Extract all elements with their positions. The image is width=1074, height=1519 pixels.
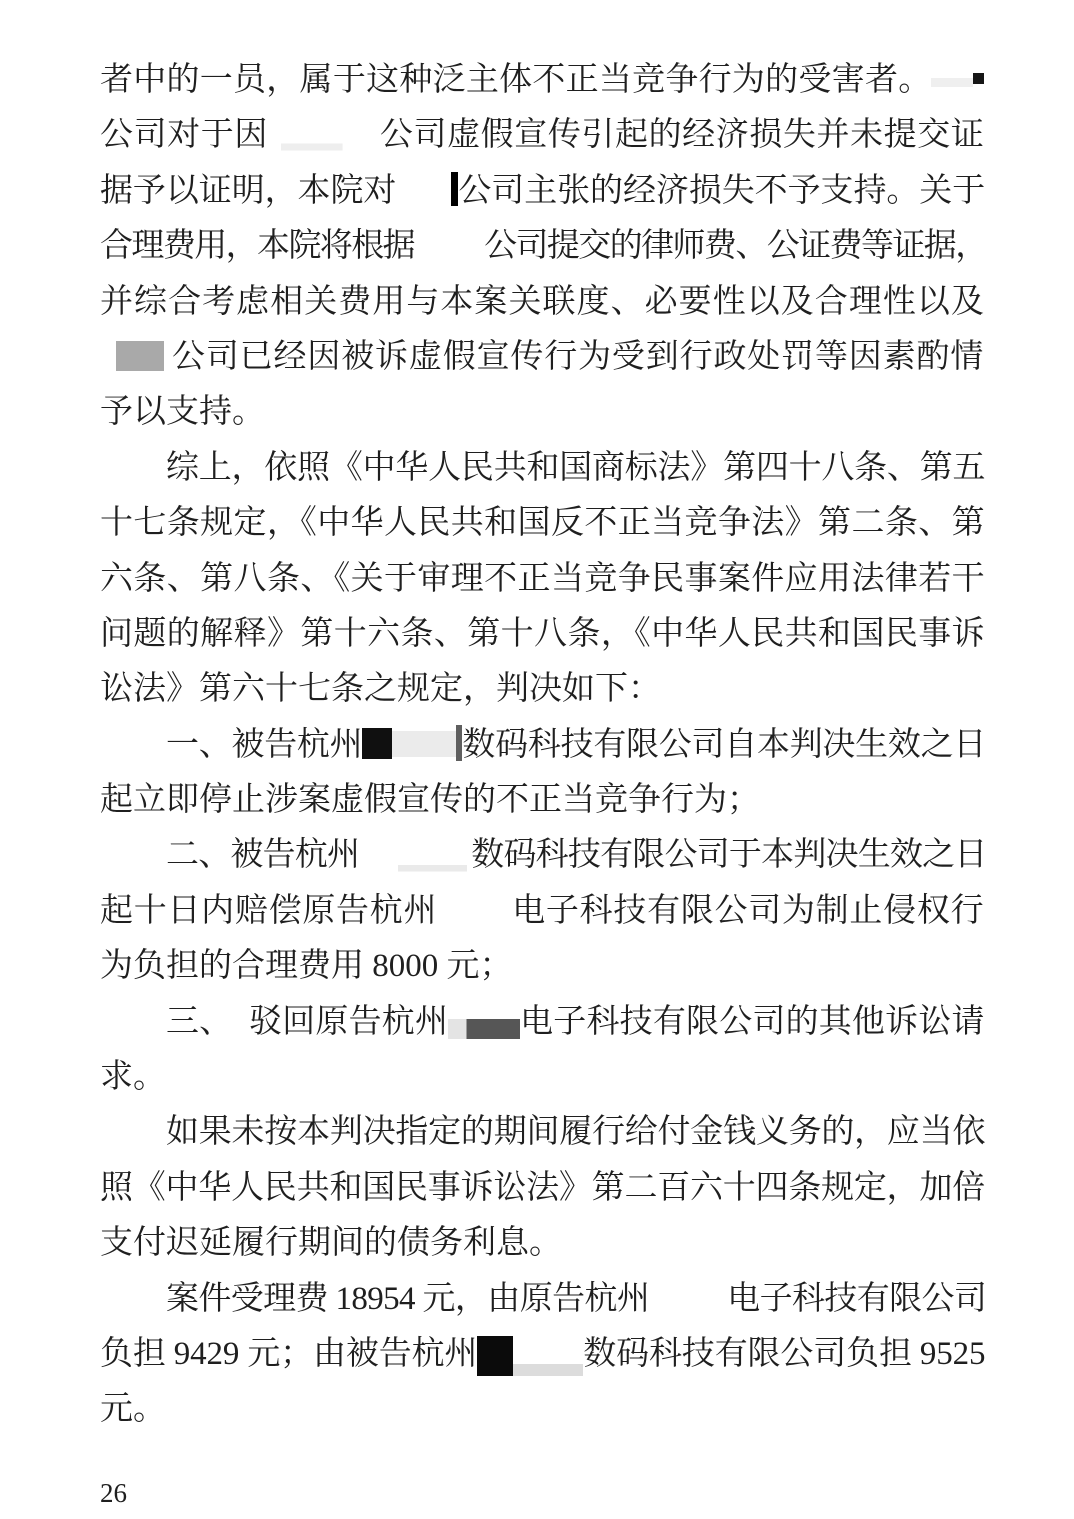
redaction-blank-gap (414, 254, 484, 256)
redaction-blank-gap (268, 119, 380, 153)
line-17-text: 为负担的合理费用 8000 元； (100, 948, 513, 984)
redaction-blank-gap (359, 839, 471, 873)
line-15-text-a: 二、被告杭州 (166, 837, 359, 873)
paragraph-indent (100, 476, 166, 478)
line-01-text: 者中的一员，属于这种泛主体不正当竞争行为的受害者。 (100, 62, 931, 98)
line-08: 综上，依照《中华人民共和国商标法》第四十八条、第五 (100, 441, 985, 496)
line-13-text-b: 数码科技有限公司自本判决生效之日 (462, 727, 986, 763)
line-10-text: 六条、第八条、《关于审理不正当竞争民事案件应用法律若干 (100, 561, 985, 597)
line-17: 为负担的合理费用 8000 元； (100, 939, 985, 994)
line-06-text: 公司已经因被诉虚假宣传行为受到行政处罚等因素酌情 (172, 339, 984, 375)
scanned-judgment-page: 者中的一员，属于这种泛主体不正当竞争行为的受害者。 公司对于因公司虚假宣传引起的… (0, 0, 1074, 1519)
line-04-text-b: 公司提交的律师费、公证费等证据， (484, 228, 987, 264)
paragraph-indent (100, 753, 166, 755)
line-09: 十七条规定，《中华人民共和国反不正当竞争法》第二条、第 (100, 496, 985, 551)
paragraph-indent (100, 1307, 166, 1309)
redaction-blank-gap (649, 1307, 727, 1309)
line-20-text: 如果未按本判决指定的期间履行给付金钱义务的，应当依 (166, 1114, 985, 1150)
redaction-black-box (477, 1336, 513, 1376)
line-11-text: 问题的解释》第十六条、第十八条，《中华人民共和国民事诉 (100, 616, 985, 652)
paragraph-indent (100, 863, 166, 865)
redaction-black-box (362, 728, 392, 759)
line-02: 公司对于因公司虚假宣传引起的经济损失并未提交证 (100, 108, 985, 163)
line-08-text: 综上，依照《中华人民共和国商标法》第四十八条、第五 (166, 450, 985, 486)
line-10: 六条、第八条、《关于审理不正当竞争民事案件应用法律若干 (100, 552, 985, 607)
line-05: 并综合考虑相关费用与本案关联度、必要性以及合理性以及 (100, 275, 985, 330)
line-01: 者中的一员，属于这种泛主体不正当竞争行为的受害者。 (100, 53, 985, 108)
line-05-text: 并综合考虑相关费用与本案关联度、必要性以及合理性以及 (100, 284, 985, 320)
redaction-light-gray-bar (513, 1364, 583, 1376)
redaction-gray-box (116, 341, 164, 371)
line-19: 求。 (100, 1050, 985, 1105)
line-25: 元。 (100, 1382, 985, 1437)
line-16-text-b: 电子科技有限公司为制止侵权行 (512, 893, 984, 929)
redaction-gray-gradient-box (448, 1019, 520, 1039)
redaction-blank-gap (396, 199, 451, 201)
line-03: 据予以证明，本院对公司主张的经济损失不予支持。关于 (100, 164, 985, 219)
line-21-text: 照《中华人民共和国民事诉讼法》第二百六十四条规定，加倍 (100, 1170, 985, 1206)
line-20: 如果未按本判决指定的期间履行给付金钱义务的，应当依 (100, 1105, 985, 1160)
line-24-text-a: 负担 9429 元；由被告杭州 (100, 1336, 477, 1372)
line-15: 二、被告杭州数码科技有限公司于本判决生效之日 (100, 828, 985, 883)
line-03-text-a: 据予以证明，本院对 (100, 173, 396, 209)
line-23: 案件受理费 18954 元，由原告杭州电子科技有限公司 (100, 1272, 985, 1327)
line-11: 问题的解释》第十六条、第十八条，《中华人民共和国民事诉 (100, 607, 985, 662)
line-18-text-a: 三、 驳回原告杭州 (166, 1004, 448, 1040)
line-18-text-b: 电子科技有限公司的其他诉讼请 (520, 1004, 985, 1040)
redaction-blank-gap (437, 919, 512, 921)
line-22: 支付迟延履行期间的债务利息。 (100, 1216, 985, 1271)
paragraph-indent (100, 1140, 166, 1142)
line-13: 一、被告杭州数码科技有限公司自本判决生效之日 (100, 718, 985, 773)
redaction-black-square (973, 73, 984, 84)
line-16-text-a: 起十日内赔偿原告杭州 (100, 893, 437, 929)
line-22-text: 支付迟延履行期间的债务利息。 (100, 1225, 562, 1261)
line-04: 合理费用，本院将根据公司提交的律师费、公证费等证据， (100, 219, 985, 274)
line-07-text: 予以支持。 (100, 394, 265, 430)
line-12: 讼法》第六十七条之规定，判决如下： (100, 662, 985, 717)
line-07: 予以支持。 (100, 385, 985, 440)
scan-smudge (931, 78, 973, 87)
line-02-text-b: 公司虚假宣传引起的经济损失并未提交证 (380, 117, 985, 153)
line-14-text: 起立即停止涉案虚假宣传的不正当竞争行为； (100, 782, 760, 818)
redaction-light-gray-box (392, 731, 456, 757)
line-12-text: 讼法》第六十七条之规定，判决如下： (100, 671, 661, 707)
line-18: 三、 驳回原告杭州电子科技有限公司的其他诉讼请 (100, 995, 985, 1050)
line-24-text-b: 数码科技有限公司负担 9525 (583, 1336, 985, 1372)
line-02-text-a: 公司对于因 (100, 117, 268, 153)
line-16: 起十日内赔偿原告杭州电子科技有限公司为制止侵权行 (100, 884, 985, 939)
line-21: 照《中华人民共和国民事诉讼法》第二百六十四条规定，加倍 (100, 1161, 985, 1216)
page-number: 26 (100, 1476, 127, 1510)
line-06: 公司已经因被诉虚假宣传行为受到行政处罚等因素酌情 (100, 330, 985, 385)
line-23-text-b: 电子科技有限公司 (727, 1281, 986, 1317)
line-09-text: 十七条规定，《中华人民共和国反不正当竞争法》第二条、第 (100, 505, 985, 541)
line-14: 起立即停止涉案虚假宣传的不正当竞争行为； (100, 773, 985, 828)
line-03-text-b: 公司主张的经济损失不予支持。关于 (458, 173, 985, 209)
line-04-text-a: 合理费用，本院将根据 (100, 228, 414, 264)
line-23-text-a: 案件受理费 18954 元，由原告杭州 (166, 1281, 649, 1317)
line-19-text: 求。 (100, 1059, 166, 1095)
line-25-text: 元。 (100, 1391, 166, 1427)
line-24: 负担 9429 元；由被告杭州数码科技有限公司负担 9525 (100, 1327, 985, 1382)
line-15-text-b: 数码科技有限公司于本判决生效之日 (471, 837, 986, 873)
paragraph-indent (100, 1030, 166, 1032)
line-13-text-a: 一、被告杭州 (166, 727, 362, 763)
judgment-body: 者中的一员，属于这种泛主体不正当竞争行为的受害者。 公司对于因公司虚假宣传引起的… (100, 53, 985, 1438)
